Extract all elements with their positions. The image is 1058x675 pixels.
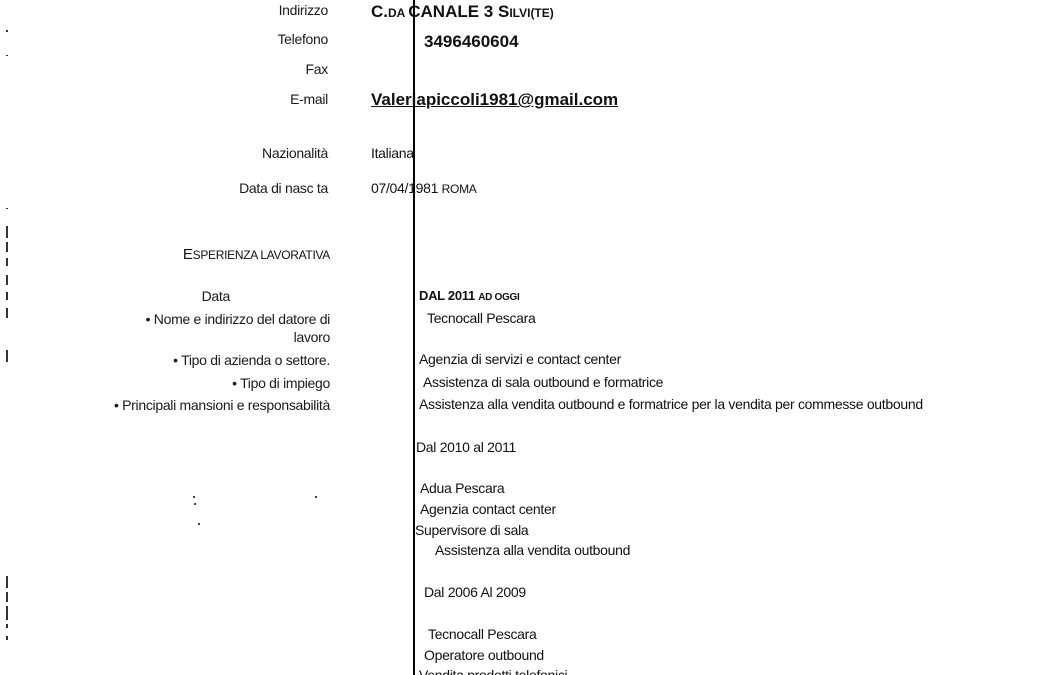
scan-speck	[194, 503, 196, 505]
email-label: E-mail	[290, 91, 328, 107]
birth-value: 07/04/1981 ROMA	[371, 180, 476, 196]
job-sector: Agenzia di servizi e contact center	[419, 351, 621, 367]
nationality-value: Italiana	[371, 145, 414, 161]
field-label-sector: • Tipo di azienda o settore.	[173, 352, 330, 368]
job-period: Dal 2010 al 2011	[416, 439, 516, 455]
job-employer: Tecnocall Pescara	[427, 310, 536, 326]
nationality-label: Nazionalità	[262, 145, 328, 161]
scan-mark	[6, 275, 8, 285]
address-value: C.DA CANALE 3 SILVI(TE)	[371, 2, 554, 22]
scan-mark	[6, 258, 8, 266]
job-period: Dal 2006 Al 2009	[424, 584, 526, 600]
field-label-date: Data	[202, 288, 230, 304]
job-duties: Assistenza alla vendita outbound e forma…	[419, 396, 923, 412]
job-employer: Tecnocall Pescara	[428, 626, 537, 642]
scan-mark	[6, 30, 8, 32]
heading-rest: SPERIENZA LAVORATIVA	[193, 248, 330, 262]
job-period-small: AD OGGI	[478, 292, 519, 303]
job-role: Supervisore di sala	[415, 522, 528, 538]
field-label-employer: • Nome e indirizzo del datore di	[146, 311, 330, 327]
scan-mark	[6, 55, 8, 56]
job-period-main: DAL 2011	[419, 288, 475, 303]
address-label: Indirizzo	[279, 2, 328, 18]
birth-place: ROMA	[442, 182, 477, 196]
scan-mark	[6, 576, 8, 588]
scan-speck	[315, 496, 317, 498]
job-role: Operatore outbound	[424, 647, 544, 663]
phone-value: 3496460604	[424, 32, 519, 52]
scan-mark	[6, 592, 8, 602]
birth-date: 07/04/1981	[371, 180, 438, 196]
scan-mark	[6, 624, 8, 628]
job-duties: Vendita prodotti telefonici	[419, 667, 567, 675]
job-employer: Adua Pescara	[420, 480, 504, 496]
scan-mark	[6, 350, 8, 362]
address-prefix: C.	[371, 2, 388, 21]
scan-mark	[6, 606, 8, 620]
heading-initial: E	[183, 246, 193, 263]
job-role: Assistenza di sala outbound e formatrice	[423, 374, 663, 390]
scan-mark	[6, 292, 8, 300]
address-rest: ILVI	[509, 6, 530, 20]
scan-mark	[6, 308, 8, 318]
scan-mark	[6, 226, 8, 238]
job-sector: Agenzia contact center	[420, 501, 556, 517]
job-duties: Assistenza alla vendita outbound	[435, 542, 630, 558]
field-label-role: • Tipo di impiego	[232, 375, 330, 391]
scan-mark	[6, 208, 8, 209]
address-main: CANALE 3 S	[408, 2, 509, 21]
fax-label: Fax	[306, 61, 328, 77]
field-label-employer-cont: lavoro	[294, 329, 330, 345]
job-period: DAL 2011 AD OGGI	[419, 288, 519, 303]
email-link[interactable]: Valeriapiccoli1981@gmail.com	[371, 90, 618, 110]
scan-speck	[198, 523, 200, 525]
phone-label: Telefono	[277, 31, 328, 47]
work-experience-heading: ESPERIENZA LAVORATIVA	[183, 246, 330, 263]
birth-label: Data di nasc ta	[239, 180, 328, 196]
scan-mark	[6, 242, 8, 252]
scan-speck	[193, 496, 195, 498]
field-label-duties: • Principali mansioni e responsabilità	[114, 397, 330, 413]
address-province: (TE)	[530, 6, 553, 20]
address-prefix-small: DA	[388, 6, 408, 20]
scan-mark	[6, 636, 8, 640]
